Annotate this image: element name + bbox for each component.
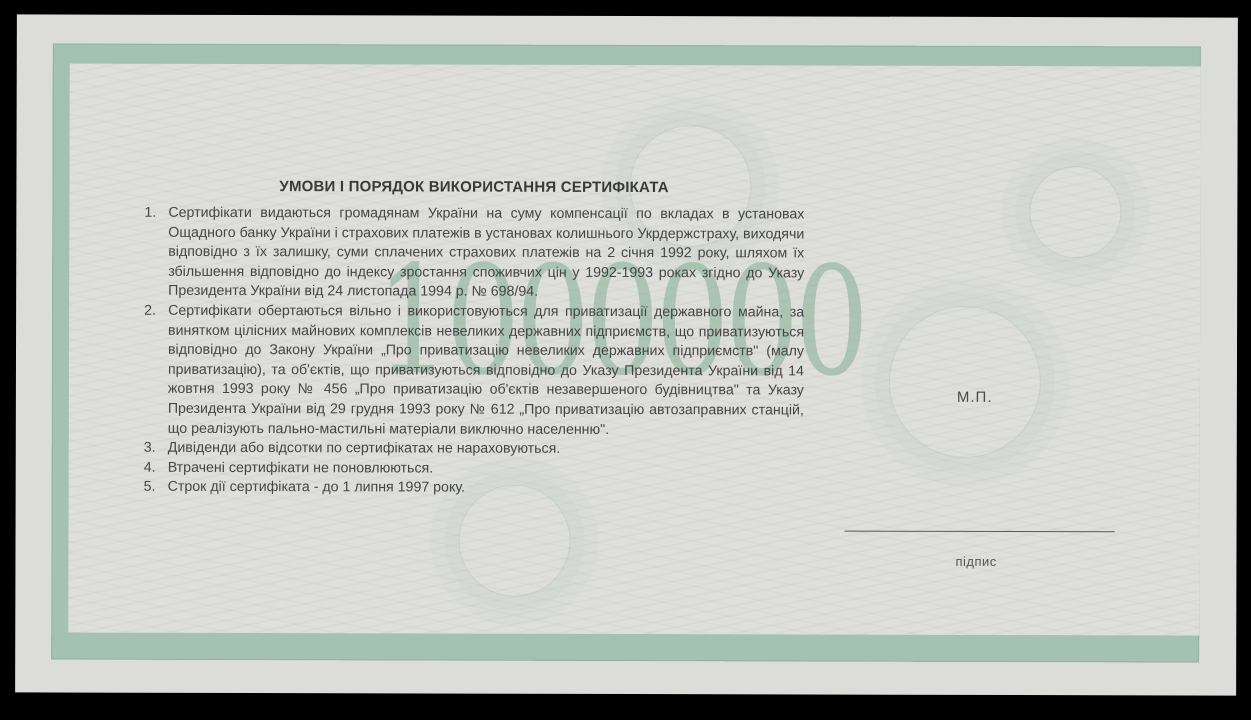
condition-item: 2. Сертифікати обертаються вільно і вико… — [144, 302, 804, 441]
condition-item: 5. Строк дії сертифіката - до 1 липня 19… — [144, 478, 804, 499]
condition-item: 3. Дивіденди або відсотки по сертифіката… — [144, 439, 804, 460]
stamp-place-label: М.П. — [957, 389, 993, 406]
condition-number: 1. — [144, 204, 156, 224]
condition-number: 2. — [144, 302, 156, 322]
condition-number: 4. — [144, 458, 156, 478]
condition-number: 3. — [144, 439, 156, 459]
condition-text: Сертифікати обертаються вільно і викорис… — [168, 303, 804, 438]
condition-item: 1. Сертифікати видаються громадянам Укра… — [144, 204, 804, 304]
condition-text: Строк дії сертифіката - до 1 липня 1997 … — [168, 479, 465, 496]
condition-item: 4. Втрачені сертифікати не поновлюються. — [144, 458, 804, 479]
certificate-paper: 1000000 УМОВИ І ПОРЯДОК ВИКОРИСТАННЯ СЕР… — [15, 14, 1238, 695]
conditions-list: 1. Сертифікати видаються громадянам Укра… — [144, 204, 805, 500]
condition-text: Дивіденди або відсотки по сертифікатах н… — [168, 440, 561, 457]
conditions-title: УМОВИ І ПОРЯДОК ВИКОРИСТАННЯ СЕРТИФІКАТА — [279, 178, 668, 196]
condition-number: 5. — [144, 478, 156, 498]
rosette-ornament — [458, 485, 570, 597]
condition-text: Втрачені сертифікати не поновлюються. — [168, 460, 434, 477]
rosette-ornament — [1029, 166, 1121, 258]
signature-label: підпис — [955, 554, 996, 569]
condition-text: Сертифікати видаються громадянам України… — [168, 205, 804, 300]
rosette-ornament — [889, 306, 1041, 458]
